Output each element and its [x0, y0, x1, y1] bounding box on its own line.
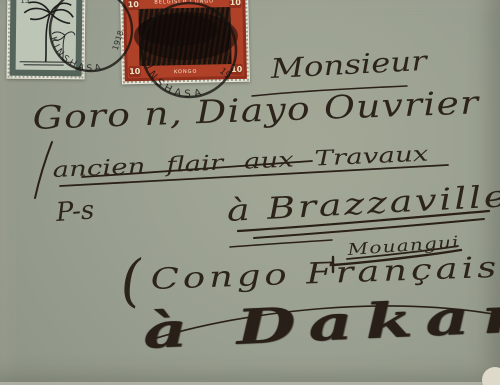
stamp-red-denomination: 10	[127, 0, 139, 10]
stamp-red-denomination: 10	[129, 66, 141, 77]
address-salutation: Monsieur	[270, 46, 427, 85]
stamp-congo-belge-15c: CONGO BELGE BELGISCH CONGO 15	[7, 0, 86, 79]
stamp-red-denomination: 10	[231, 64, 243, 75]
address-occupation-struck: ancien flair aux Travaux	[52, 142, 429, 182]
address-destination-line: à Dakar	[142, 287, 500, 360]
stamp-red-denomination: 10	[229, 0, 241, 8]
pen-slash-mark	[35, 142, 52, 198]
stamp-red-vignette	[138, 7, 231, 66]
address-country-line: Congo Français	[150, 250, 500, 296]
palm-tree-illustration	[16, 0, 77, 68]
envelope-scan: CONGO BELGE BELGISCH CONGO 15	[0, 0, 500, 385]
address-country-paren: (	[118, 248, 144, 314]
stamp-red-top-inscription: BELGISCH CONGO	[134, 0, 234, 6]
address-name-line: Goro n, Diayo Ouvrier	[32, 83, 480, 137]
stamp-red-frame: BELGISCH CONGO KONGO 10 10 10 10	[123, 0, 247, 81]
address-city-struck: à Brazzaville	[226, 179, 500, 229]
address-note-prefix: P-s	[55, 195, 95, 228]
envelope-corner-backing	[482, 367, 500, 385]
stamp-green-frame: CONGO BELGE BELGISCH CONGO 15	[10, 0, 83, 76]
stamp-belgisch-congo-10c: BELGISCH CONGO KONGO 10 10 10 10	[120, 0, 250, 84]
stamp-green-right-inscription: BELGISCH CONGO	[76, 2, 83, 55]
stamp-red-bottom-inscription: KONGO	[136, 68, 236, 76]
